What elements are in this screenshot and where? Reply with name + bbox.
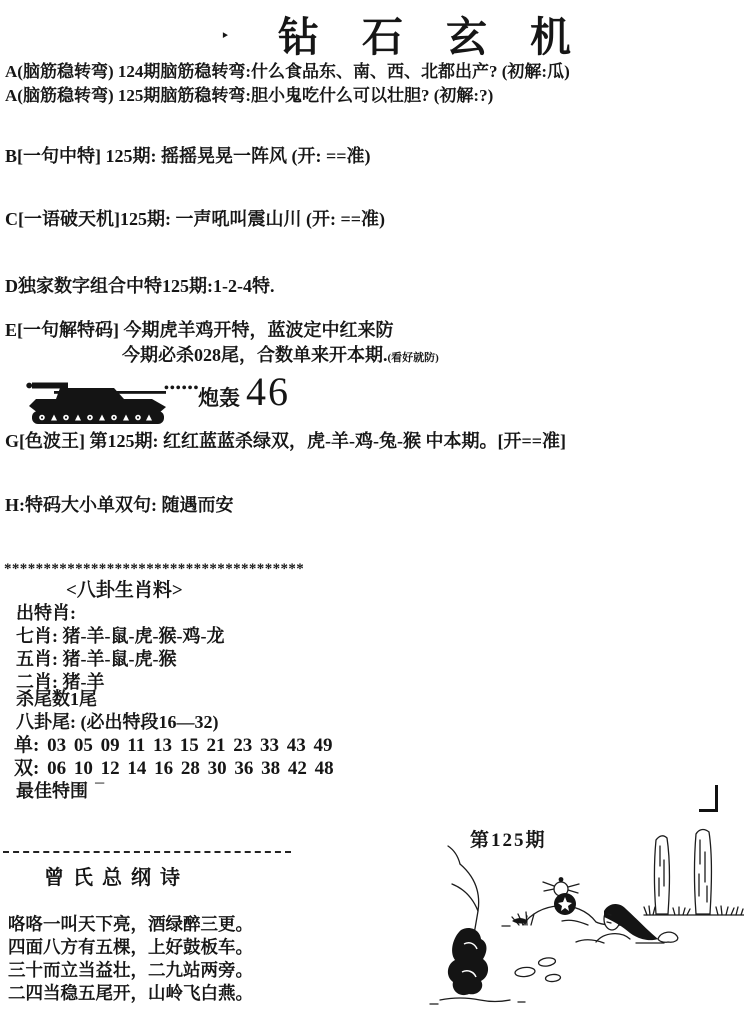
title-tick-mark: ‣ — [221, 28, 229, 44]
dashed-divider — [3, 851, 291, 853]
section-b-line: B[一句中特] 125期: 摇摇晃晃一阵风 (开: ==准) — [5, 146, 370, 167]
poem-line-1: 咯咯一叫天下亮，酒绿醉三更。 — [8, 914, 253, 934]
odd-numbers-line: 单: 03 05 09 11 13 15 21 23 33 43 49 — [14, 735, 333, 757]
section-e-note: (看好就防) — [388, 352, 439, 364]
tank-icon — [26, 378, 166, 424]
section-d-line: D独家数字组合中特125期:1-2-4特. — [5, 276, 274, 297]
best-range-label: 最佳特围 — [16, 781, 88, 802]
section-e-line-1: E[一句解特码] 今期虎羊鸡开特，蓝波定中红来防 — [5, 320, 394, 341]
poem-title: 曾氏总纲诗 — [44, 867, 189, 890]
cannon-blast-label: 炮轰 — [198, 382, 240, 412]
tip-sheet-page: ‣ 钻石玄机 A(脑筋稳转弯) 124期脑筋稳转弯:什么食品东、南、西、北都出产… — [0, 0, 744, 1024]
page-title: 钻石玄机 — [278, 14, 614, 61]
section-g-line: G[色波王] 第125期: 红红蓝蓝杀绿双，虎-羊-鸡-兔-猴 中本期。[开==… — [5, 431, 566, 452]
brainteaser-line-125: A(脑筋稳转弯) 125期脑筋稳转弯:胆小鬼吃什么可以壮胆? (初解:?) — [5, 86, 493, 106]
section-h-line: H:特码大小单双句: 随遇而安 — [5, 495, 234, 516]
even-numbers-line: 双: 06 10 12 14 16 28 30 36 38 42 48 — [14, 758, 334, 780]
section-e-line-2-text: 今期必杀028尾，合数单来开本期. — [122, 345, 388, 365]
bagua-section-title: <八卦生肖料> — [66, 580, 183, 602]
section-c-line: C[一语破天机]125期: 一声吼叫震山川 (开: ==准) — [5, 209, 385, 230]
special-zodiac-label: 出特肖: — [16, 603, 76, 624]
cannon-shell-dots: •••••• — [164, 381, 199, 397]
seven-zodiac-line: 七肖: 猪-羊-鼠-虎-猴-鸡-龙 — [16, 626, 224, 647]
landscape-illustration — [428, 826, 744, 1018]
section-e-line-2: 今期必杀028尾，合数单来开本期.(看好就防) — [122, 345, 439, 366]
poem-line-3: 三十而立当益壮，二九站两旁。 — [8, 960, 253, 980]
poem-line-4: 二四当稳五尾开，山岭飞白燕。 — [8, 983, 253, 1003]
bagua-tail-line: 八卦尾: (必出特段16—32) — [16, 712, 218, 733]
brainteaser-line-124: A(脑筋稳转弯) 124期脑筋稳转弯:什么食品东、南、西、北都出产? (初解:瓜… — [5, 62, 570, 82]
kill-tail-line: 杀尾数1尾 — [16, 689, 97, 710]
poem-line-2: 四面八方有五棵，上好鼓板车。 — [8, 937, 253, 957]
best-range-dash: ─ — [95, 775, 104, 791]
star-divider: ************************************** — [4, 561, 304, 578]
corner-mark — [699, 785, 718, 812]
cannon-blast-number: 46 — [246, 368, 290, 415]
five-zodiac-line: 五肖: 猪-羊-鼠-虎-猴 — [16, 649, 176, 670]
